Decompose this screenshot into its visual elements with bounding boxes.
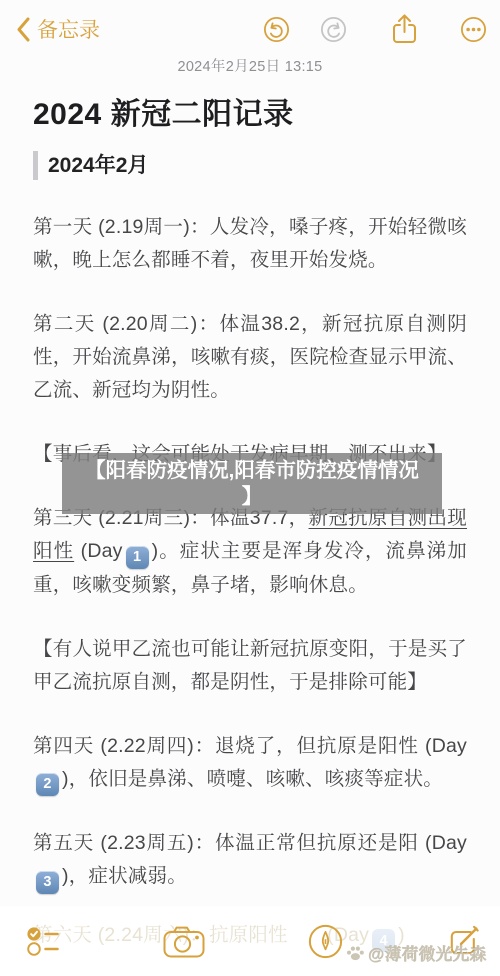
back-button-label: 备忘录 [37, 14, 100, 44]
note-paragraph: 第三天 (2.21周三)：体温37.7，新冠抗原自测出现阳性 (Day1)。症状… [33, 502, 467, 602]
text-segment: 第五天 (2.23周五)：体温正常但抗原还是阳 (Day [33, 832, 467, 854]
paw-icon [346, 945, 365, 961]
undo-button[interactable] [263, 16, 290, 43]
note-paragraph: 第四天 (2.22周四)：退烧了，但抗原是阳性 (Day2)，依旧是鼻涕、喷嚏、… [33, 730, 467, 797]
redo-button[interactable] [320, 16, 347, 43]
text-segment: 【有人说甲乙流也可能让新冠抗原变阳，于是买了甲乙流抗原自测，都是阴性，于是排除可… [33, 638, 467, 693]
watermark: @薄荷微光先森 [346, 941, 487, 965]
share-icon[interactable] [391, 13, 418, 45]
back-chevron-icon [16, 17, 30, 42]
more-button[interactable] [460, 16, 487, 43]
day-keycap: 1 [126, 546, 149, 569]
caption-line1: 【阳春防疫情况,阳春市防控疫情情况 [64, 458, 440, 484]
caption-overlay: 【阳春防疫情况,阳春市防控疫情情况 】 [62, 453, 442, 514]
notes-app-screen: 备忘录 [0, 0, 500, 976]
note-title: 2024 新冠二阳记录 [33, 89, 467, 133]
text-segment: (Day [74, 540, 122, 562]
caption-line2: 】 [64, 484, 440, 510]
text-segment: )，症状减弱。 [62, 865, 187, 887]
markup-icon[interactable] [308, 924, 343, 959]
day-keycap: 2 [36, 773, 59, 796]
text-segment: 第二天 (2.20周二)：体温38.2，新冠抗原自测阴性，开始流鼻涕，咳嗽有痰，… [33, 313, 467, 401]
note-body: 第一天 (2.19周一)：人发冷，嗓子疼，开始轻微咳嗽，晚上怎么都睡不着，夜里开… [0, 211, 500, 894]
note-paragraph: 【有人说甲乙流也可能让新冠抗原变阳，于是买了甲乙流抗原自测，都是阴性，于是排除可… [33, 633, 467, 699]
section-heading: 2024年2月 [33, 151, 467, 180]
navbar-actions [263, 13, 487, 45]
text-segment: 第四天 (2.22周四)：退烧了，但抗原是阳性 (Day [33, 735, 467, 757]
note-paragraph: 第一天 (2.19周一)：人发冷，嗓子疼，开始轻微咳嗽，晚上怎么都睡不着，夜里开… [33, 211, 467, 277]
back-button[interactable]: 备忘录 [16, 14, 100, 44]
note-paragraph: 第五天 (2.23周五)：体温正常但抗原还是阳 (Day3)，症状减弱。 [33, 827, 467, 894]
navbar: 备忘录 [0, 0, 500, 46]
text-segment: )，依旧是鼻涕、喷嚏、咳嗽、咳痰等症状。 [62, 768, 443, 790]
day-keycap: 3 [36, 871, 59, 894]
note-timestamp: 2024年2月25日 13:15 [0, 55, 500, 76]
watermark-handle: @薄荷微光先森 [368, 941, 487, 965]
note-paragraph: 第二天 (2.20周二)：体温38.2，新冠抗原自测阴性，开始流鼻涕，咳嗽有痰，… [33, 308, 467, 407]
text-segment: 第一天 (2.19周一)：人发冷，嗓子疼，开始轻微咳嗽，晚上怎么都睡不着，夜里开… [33, 216, 467, 271]
camera-icon[interactable] [163, 925, 205, 958]
checklist-icon[interactable] [26, 925, 59, 957]
